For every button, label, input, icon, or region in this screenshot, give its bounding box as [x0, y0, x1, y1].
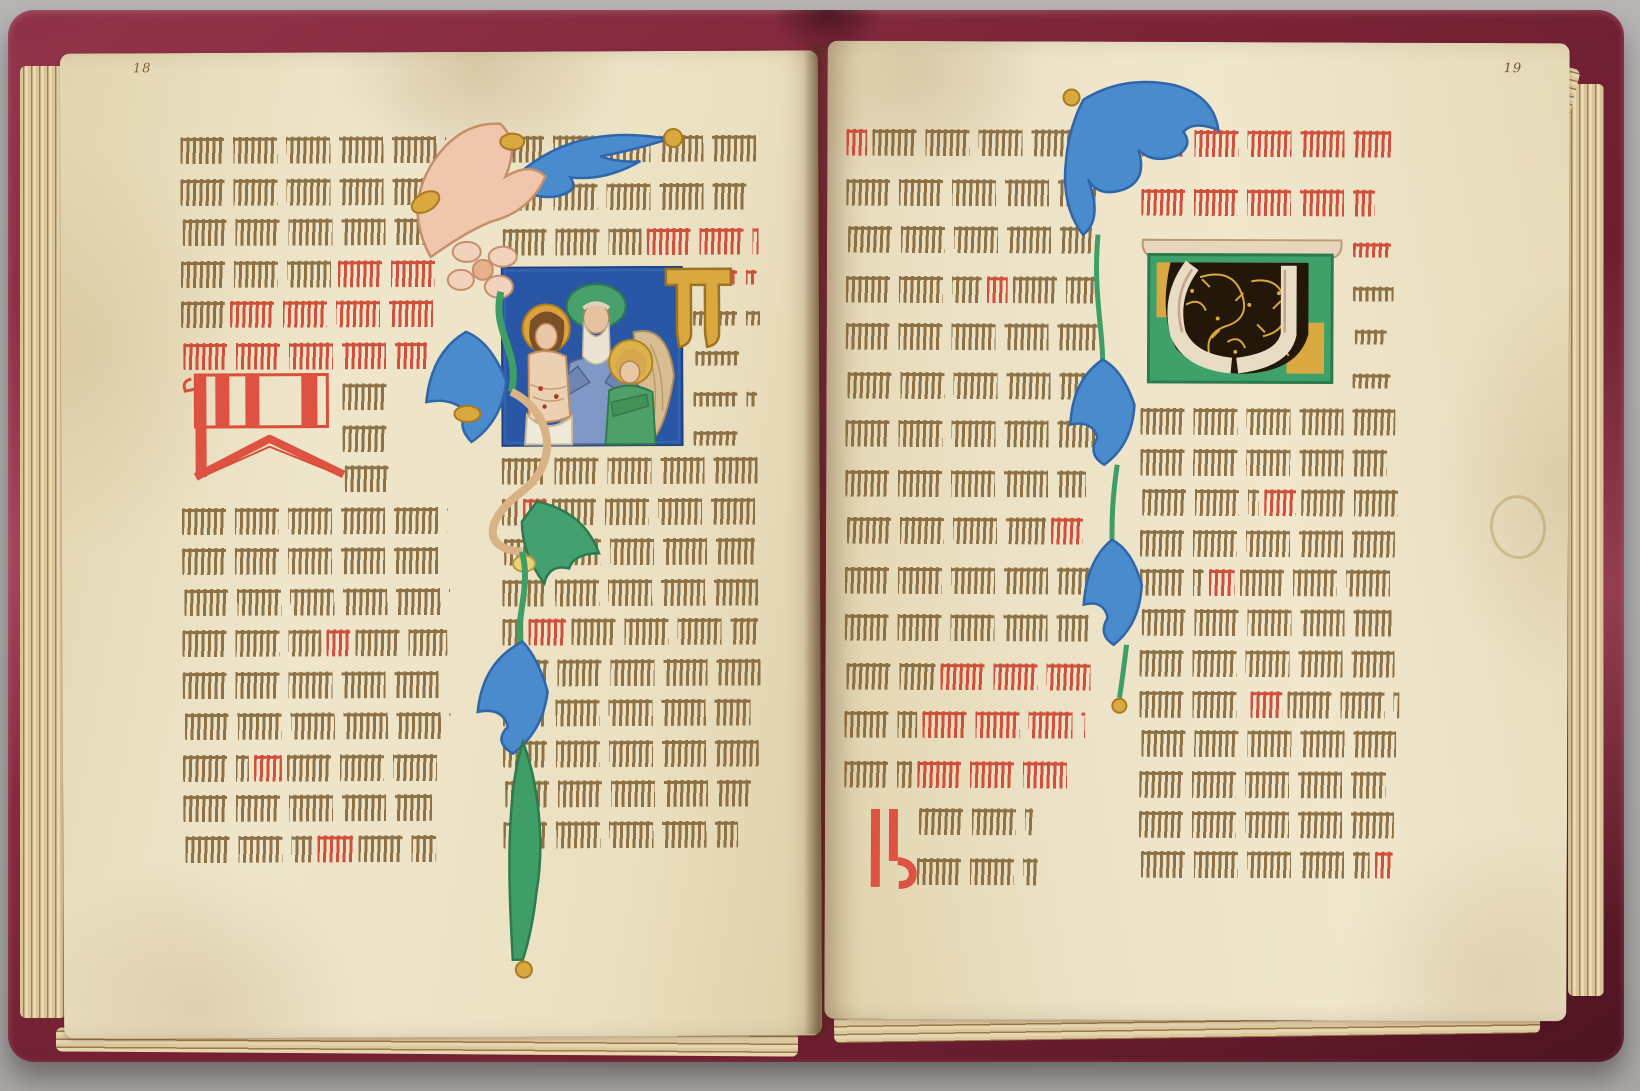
script-rubric-segment — [987, 276, 1008, 303]
script-ink-segment — [342, 425, 389, 452]
script-line — [1141, 130, 1407, 158]
script-ink-segment — [846, 275, 982, 302]
script-ink-segment — [847, 371, 1093, 399]
miniature-row — [501, 266, 769, 447]
script-line — [1142, 488, 1408, 516]
script-line — [692, 270, 768, 285]
script-line — [1142, 609, 1408, 637]
right-page-left-column — [844, 129, 1109, 885]
script-line — [181, 425, 458, 453]
script-line — [502, 457, 769, 485]
script-ink-segment — [1355, 329, 1387, 344]
left-page: 18 — [60, 50, 822, 1038]
script-line — [183, 341, 460, 369]
script-line — [182, 507, 459, 535]
script-ink-segment — [185, 711, 451, 739]
script-ink-segment — [503, 740, 759, 768]
script-line — [695, 350, 771, 365]
folio-number-left: 18 — [133, 61, 152, 76]
script-ink-segment — [344, 465, 388, 492]
script-line — [502, 618, 769, 646]
script-line — [846, 129, 1108, 157]
right-column-lower-text — [502, 457, 771, 848]
script-ink-segment — [1139, 771, 1386, 799]
script-ink-segment — [845, 567, 1097, 595]
script-line — [845, 614, 1107, 642]
script-line — [1139, 771, 1405, 799]
script-ink-segment — [502, 457, 758, 485]
script-ink-segment — [847, 517, 1046, 545]
illuminated-initial-row — [1141, 235, 1408, 388]
script-line — [845, 420, 1107, 448]
illuminated-initial — [1141, 235, 1344, 388]
script-ink-segment — [693, 311, 761, 326]
text-beside-initial — [1353, 236, 1407, 388]
script-line — [846, 808, 1108, 836]
script-ink-segment — [844, 711, 917, 738]
script-line — [845, 469, 1107, 497]
script-rubric-segment — [1264, 489, 1296, 516]
script-ink-segment — [181, 261, 333, 289]
script-ink-segment — [359, 835, 437, 862]
script-line — [184, 465, 461, 493]
script-ink-segment — [342, 383, 389, 410]
script-line — [504, 537, 771, 565]
script-rubric-segment — [1141, 189, 1375, 217]
script-line — [1141, 730, 1407, 758]
script-ink-segment — [1013, 276, 1097, 303]
script-line — [184, 588, 461, 616]
gold-ball-top — [1063, 90, 1079, 106]
script-ink-segment — [502, 499, 518, 526]
script-ink-segment — [1139, 649, 1394, 677]
script-ink-segment — [1140, 449, 1387, 477]
script-ink-segment — [1301, 489, 1402, 516]
script-line — [844, 761, 1106, 789]
script-line — [505, 658, 772, 686]
script-line — [1140, 449, 1406, 477]
script-ink-segment — [182, 547, 440, 575]
script-ink-segment — [505, 658, 761, 686]
script-rubric-segment — [529, 619, 566, 646]
script-ink-segment — [1353, 287, 1393, 302]
script-line — [1140, 530, 1406, 558]
page-edges-right — [1568, 84, 1604, 996]
script-ink-segment — [1288, 691, 1400, 718]
script-ink-segment — [1140, 408, 1395, 436]
script-rubric-segment — [338, 260, 443, 287]
script-ink-segment — [287, 754, 442, 782]
script-line — [846, 178, 1108, 206]
miniature-man-of-sorrows — [501, 266, 683, 447]
script-ink-segment — [180, 136, 446, 164]
script-line — [505, 779, 772, 807]
script-ink-segment — [844, 761, 912, 788]
script-ink-segment — [503, 821, 738, 849]
left-page-right-column — [500, 135, 770, 848]
script-rubric-segment — [254, 754, 282, 781]
script-line — [693, 431, 769, 446]
script-ink-segment — [1140, 530, 1395, 558]
script-ink-segment — [693, 431, 742, 446]
script-line — [845, 567, 1107, 595]
script-ink-segment — [846, 323, 1098, 351]
script-rubric-segment — [326, 630, 351, 657]
script-rubric-segment — [646, 228, 758, 255]
script-line — [181, 383, 458, 411]
script-line — [1141, 189, 1407, 217]
script-ink-segment — [500, 182, 746, 210]
script-ink-segment — [919, 808, 1032, 835]
script-ink-segment — [183, 754, 250, 781]
script-line — [182, 547, 459, 575]
script-ink-segment — [552, 498, 760, 526]
script-rubric-segment — [230, 300, 441, 328]
left-page-left-column — [180, 136, 460, 863]
script-ink-segment — [502, 579, 758, 607]
script-ink-segment — [502, 619, 523, 646]
script-ink-segment — [693, 391, 757, 406]
script-line — [848, 226, 1110, 254]
script-line — [185, 711, 462, 739]
script-line — [1140, 408, 1406, 436]
script-ink-segment — [183, 794, 432, 822]
script-line — [693, 391, 769, 406]
script-line — [500, 135, 767, 163]
script-rubric-segment — [1209, 569, 1236, 596]
photo-backdrop: 18 — [0, 0, 1640, 1091]
script-line — [1139, 691, 1405, 719]
script-ink-segment — [182, 630, 321, 658]
right-column-lower-text — [1139, 408, 1407, 879]
script-rubric-segment — [183, 342, 427, 370]
script-ink-segment — [180, 178, 435, 206]
script-rubric-segment — [1375, 852, 1394, 879]
script-line — [183, 671, 460, 699]
script-ink-segment — [183, 218, 446, 246]
script-ink-segment — [181, 301, 225, 328]
script-rubric-segment — [923, 711, 1086, 739]
script-rubric-segment — [1051, 518, 1083, 545]
script-ink-segment — [1139, 810, 1394, 838]
script-ink-segment — [503, 228, 642, 256]
script-ink-segment — [846, 663, 935, 690]
script-line — [1139, 810, 1405, 838]
script-ink-segment — [1141, 730, 1396, 758]
script-ink-segment — [848, 226, 1092, 254]
script-line — [1140, 569, 1406, 597]
script-line — [185, 835, 462, 863]
script-line — [181, 260, 458, 288]
script-line — [502, 579, 769, 607]
ring-stain — [1486, 492, 1550, 563]
script-ink-segment — [845, 469, 1086, 497]
script-rubric-segment — [1353, 242, 1391, 257]
script-ink-segment — [845, 614, 1089, 642]
script-ink-segment — [505, 779, 751, 807]
script-ink-segment — [917, 858, 1038, 885]
script-line — [503, 821, 770, 849]
script-line — [847, 371, 1109, 399]
script-ink-segment — [1142, 609, 1392, 637]
script-ink-segment — [872, 129, 1097, 157]
script-line — [503, 740, 770, 768]
script-ink-segment — [504, 537, 755, 565]
script-ink-segment — [1139, 691, 1245, 718]
script-line — [180, 178, 457, 206]
script-line — [844, 858, 1106, 886]
script-ink-segment — [183, 671, 446, 699]
script-ink-segment — [571, 618, 758, 646]
text-beside-miniature — [692, 266, 768, 446]
script-line — [182, 629, 459, 657]
script-ink-segment — [184, 588, 450, 616]
script-ink-segment — [185, 835, 313, 863]
script-rubric-segment — [523, 499, 547, 526]
script-line — [183, 218, 460, 246]
christ-face — [535, 323, 557, 349]
script-ink-segment — [1142, 488, 1259, 515]
script-line — [844, 711, 1106, 739]
angel-face — [620, 361, 640, 383]
script-rubric-segment — [846, 129, 867, 156]
script-line — [846, 275, 1108, 303]
script-line — [846, 323, 1108, 351]
script-line — [1353, 242, 1407, 257]
script-rubric-segment — [917, 761, 1074, 789]
right-page-right-column — [1139, 130, 1408, 879]
script-line — [500, 182, 767, 210]
script-ink-segment — [503, 699, 751, 727]
gold-ball-bottom — [1112, 699, 1126, 713]
script-ink-segment — [1140, 569, 1204, 596]
script-line — [1353, 287, 1407, 302]
script-line — [180, 136, 457, 164]
script-ink-segment — [1141, 851, 1370, 879]
script-ink-segment — [1353, 374, 1391, 389]
script-line — [847, 517, 1109, 545]
gold-ball-bottom — [516, 962, 532, 978]
script-line — [183, 794, 460, 822]
script-line — [183, 754, 460, 782]
script-line — [502, 498, 769, 526]
script-rubric-segment — [1141, 130, 1391, 158]
script-rubric-segment — [1251, 691, 1283, 718]
script-ink-segment — [356, 629, 448, 656]
script-line — [503, 699, 770, 727]
script-line — [1139, 649, 1405, 677]
script-line — [503, 228, 770, 256]
script-ink-segment — [1240, 569, 1394, 597]
script-ink-segment — [845, 420, 1097, 448]
right-page: 19 — [824, 41, 1569, 1022]
script-line — [1141, 851, 1407, 879]
right-column-upper-text — [500, 135, 768, 256]
script-ink-segment — [846, 178, 1098, 206]
script-ink-segment — [500, 135, 756, 163]
script-line — [1353, 374, 1407, 389]
script-rubric-segment — [941, 663, 1093, 691]
script-ink-segment — [182, 507, 448, 535]
script-rubric-segment — [318, 835, 354, 862]
script-ink-segment — [695, 350, 748, 365]
folio-number-right: 19 — [1504, 61, 1523, 76]
script-line — [693, 311, 769, 326]
script-rubric-segment — [692, 270, 756, 285]
script-line — [846, 663, 1108, 691]
script-line — [181, 300, 458, 328]
page-edges-left — [20, 66, 66, 1018]
script-line — [1355, 329, 1409, 344]
rubric-above-initial — [1141, 130, 1407, 216]
